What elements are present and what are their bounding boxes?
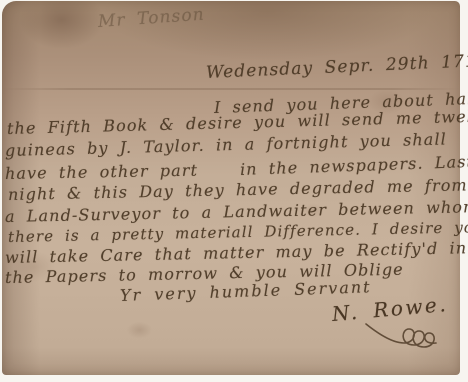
signature-flourish (364, 316, 454, 356)
dateline: Wedensday Sepr. 29th 1716 (206, 51, 468, 83)
body-line: have the other part (5, 161, 198, 183)
letter-photo: Mr Tonson Wedensday Sepr. 29th 1716 I se… (0, 0, 468, 382)
letter-paper: Mr Tonson Wedensday Sepr. 29th 1716 I se… (2, 1, 460, 375)
body-line: in the newspapers. Last (240, 152, 468, 179)
address-inscription: Mr Tonson (97, 5, 205, 32)
